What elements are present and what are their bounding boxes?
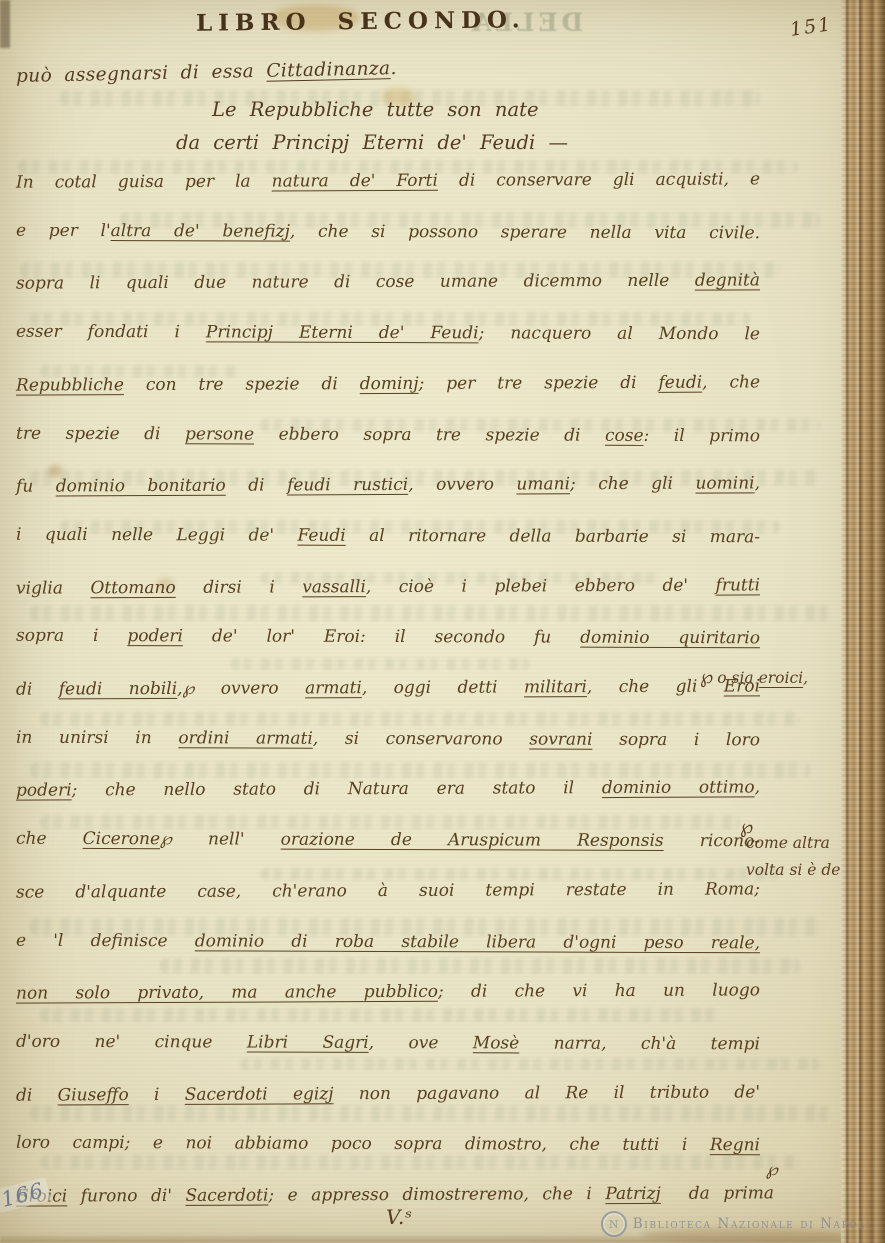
manuscript-line: di Giuseffo i Sacerdoti egizj non pagava… bbox=[16, 1081, 760, 1106]
text-segment: fu bbox=[16, 477, 56, 497]
insertion-mark: ℘ bbox=[700, 666, 713, 688]
text-segment: dominio ottimo bbox=[602, 778, 755, 799]
text-segment: e per l' bbox=[16, 220, 111, 240]
text-segment: : il primo bbox=[644, 425, 761, 445]
text-segment: ordini armati bbox=[178, 728, 313, 748]
text-segment: di bbox=[16, 1085, 58, 1105]
text-segment: Ottomano bbox=[90, 578, 175, 598]
text-segment: in unirsi in bbox=[16, 727, 178, 748]
text-segment: loro campi; e noi abbiamo poco sopra dim… bbox=[16, 1133, 710, 1155]
text-segment: Feudi bbox=[297, 526, 345, 546]
text-segment: uomini bbox=[695, 474, 754, 494]
text-segment: ; che gli bbox=[570, 474, 696, 495]
text-segment: , che si possono sperare nella vita civi… bbox=[290, 221, 760, 243]
text-segment: i bbox=[129, 1084, 185, 1104]
text-segment: , bbox=[755, 778, 760, 798]
text-segment: , ovvero bbox=[408, 475, 516, 495]
text-segment: con tre spezie di bbox=[124, 374, 360, 395]
text-segment: Sacerdoti egizj bbox=[185, 1084, 334, 1105]
text-segment: sopra li quali due nature di cose umane … bbox=[16, 271, 695, 294]
manuscript-line: loro campi; e noi abbiamo poco sopra dim… bbox=[16, 1132, 760, 1157]
text-segment: , bbox=[803, 669, 808, 687]
text-segment: d'oro ne' cinque bbox=[16, 1032, 247, 1053]
text-segment: , che bbox=[702, 372, 760, 392]
manuscript-line: e 'l definisce dominio di roba stabile l… bbox=[16, 929, 760, 954]
manuscript-line: i quali nelle Leggi de' Feudi al ritorna… bbox=[16, 524, 760, 549]
text-segment: Cicerone bbox=[83, 829, 160, 849]
text-segment: cose bbox=[605, 425, 644, 445]
text-segment: di bbox=[226, 476, 287, 496]
text-segment: , oggi detti bbox=[362, 677, 524, 698]
text-segment: militari bbox=[524, 677, 587, 697]
text-segment: da prima bbox=[689, 1183, 774, 1203]
text-segment: , bbox=[755, 474, 760, 494]
manuscript-line: in unirsi in ordini armati, si conservar… bbox=[16, 726, 760, 751]
text-segment: ; nacquero al Mondo le bbox=[479, 323, 760, 344]
text-segment: feudi bbox=[658, 372, 702, 392]
text-segment: dominio bonitario bbox=[56, 476, 226, 497]
manuscript-line: di feudi nobili,℘ ovvero armati, oggi de… bbox=[16, 675, 760, 700]
text-segment: furono di' bbox=[67, 1186, 185, 1207]
text-segment: umani bbox=[516, 474, 570, 494]
manuscript-line: esser fondati i Principj Eterni de' Feud… bbox=[16, 321, 760, 346]
manuscript-line: tre spezie di persone ebbero sopra tre s… bbox=[16, 422, 760, 447]
text-segment: non pagavano al Re il tributo de' bbox=[333, 1082, 760, 1104]
text-segment: poderi bbox=[16, 781, 72, 801]
text-segment: dirsi i bbox=[176, 577, 303, 598]
text-segment: al ritornare della barbarie si mara- bbox=[346, 526, 760, 547]
manuscript-line: Repubbliche con tre spezie di dominj; pe… bbox=[16, 371, 760, 396]
manuscript-line: In cotal guisa per la natura de' Forti d… bbox=[16, 168, 760, 193]
text-segment: viglia bbox=[16, 578, 91, 598]
text-segment: Repubbliche bbox=[16, 375, 124, 395]
text-segment: Patrizj bbox=[605, 1184, 661, 1204]
text-segment: narra, ch'à tempi bbox=[519, 1033, 760, 1054]
manuscript-line: sce d'alquante case, ch'erano à suoi tem… bbox=[16, 878, 760, 903]
manuscript-body: In cotal guisa per la natura de' Forti d… bbox=[0, 0, 885, 1243]
text-segment: o sia bbox=[717, 669, 758, 687]
text-segment: dominj bbox=[360, 374, 419, 394]
text-segment: Mosè bbox=[473, 1033, 520, 1053]
text-segment: tre spezie di bbox=[16, 423, 185, 444]
text-segment: ; che nello stato di Natura era stato il bbox=[72, 778, 602, 800]
text-segment: ; di che vi ha un luogo bbox=[438, 981, 760, 1002]
text-segment: di bbox=[16, 679, 59, 699]
text-segment: poderi bbox=[127, 626, 183, 646]
insertion-mark: ℘ bbox=[740, 814, 753, 841]
text-segment: Regni bbox=[710, 1135, 760, 1155]
text-segment: sopra i bbox=[16, 626, 127, 646]
text-segment: In cotal guisa per la bbox=[16, 172, 272, 193]
text-segment: , si conservarono bbox=[313, 728, 529, 749]
text-segment: ebbero sopra tre spezie di bbox=[254, 424, 605, 445]
text-segment: feudi rustici bbox=[287, 475, 408, 496]
text-segment: come altra bbox=[746, 834, 830, 852]
manuscript-line: sopra li quali due nature di cose umane … bbox=[16, 270, 760, 295]
text-segment: e 'l definisce bbox=[16, 930, 195, 951]
text-segment: esser fondati i bbox=[16, 322, 206, 343]
text-segment: frutti bbox=[715, 575, 760, 595]
manuscript-line: sopra i poderi de' lor' Eroi: il secondo… bbox=[16, 625, 760, 650]
manuscript-line: d'oro ne' cinque Libri Sagri, ove Mosè n… bbox=[16, 1031, 760, 1056]
text-segment: ; per tre spezie di bbox=[419, 373, 659, 394]
insertion-mark: ℘ bbox=[766, 1160, 778, 1180]
text-segment: natura de' Forti bbox=[272, 171, 438, 192]
text-segment: che bbox=[16, 829, 83, 849]
manuscript-page: DELLA LIBRO SECONDO. 151 può assegnarsi … bbox=[0, 0, 885, 1243]
manuscript-line: poderi; che nello stato di Natura era st… bbox=[16, 777, 760, 802]
manuscript-line: fu dominio bonitario di feudi rustici, o… bbox=[16, 473, 760, 498]
text-segment: eroici bbox=[759, 669, 804, 687]
text-segment: non solo privato, ma anche pubblico bbox=[16, 982, 438, 1004]
text-segment: ; e appresso dimostreremo, che i bbox=[268, 1184, 605, 1205]
text-segment: , ove bbox=[369, 1033, 473, 1053]
library-logo-icon: N bbox=[601, 1211, 627, 1237]
text-segment: sopra i loro bbox=[592, 729, 760, 750]
text-segment: degnità bbox=[695, 271, 760, 291]
text-segment: orazione de Aruspicum Responsis bbox=[281, 830, 664, 851]
text-segment: sce d'alquante case, ch'erano à suoi tem… bbox=[16, 879, 760, 902]
text-segment: dominio di roba stabile libera d'ogni pe… bbox=[195, 931, 760, 953]
text-segment: Giuseffo bbox=[58, 1085, 129, 1105]
manuscript-line: viglia Ottomano dirsi i vassalli, cioè i… bbox=[16, 574, 760, 599]
text-segment: Principj Eterni de' Feudi bbox=[206, 322, 479, 343]
text-segment: , cioè i plebei ebbero de' bbox=[366, 575, 716, 597]
manuscript-line: Eroici furono di' Sacerdoti; e appresso … bbox=[16, 1182, 774, 1207]
book-fore-edge bbox=[841, 0, 885, 1243]
library-watermark-text: Biblioteca Nazionale di Napoli bbox=[633, 1216, 871, 1232]
text-segment: armati bbox=[305, 678, 362, 698]
text-segment: Libri Sagri bbox=[247, 1032, 369, 1052]
catchword: V.ˢ bbox=[386, 1205, 413, 1229]
text-segment: di conservare gli acquisti, e bbox=[438, 169, 760, 190]
text-segment: vassalli bbox=[302, 577, 366, 597]
text-segment: persone bbox=[185, 424, 254, 444]
text-segment: i quali nelle Leggi de' bbox=[16, 525, 298, 546]
text-segment: altra de' benefizj bbox=[111, 221, 290, 242]
library-watermark: N Biblioteca Nazionale di Napoli bbox=[601, 1211, 871, 1237]
text-segment: ℘ nell' bbox=[160, 829, 281, 849]
text-segment: ,℘ ovvero bbox=[177, 678, 305, 699]
manuscript-line: che Cicerone℘ nell' orazione de Aruspicu… bbox=[16, 828, 760, 853]
manuscript-line: non solo privato, ma anche pubblico; di … bbox=[16, 980, 760, 1005]
manuscript-line: e per l'altra de' benefizj, che si posso… bbox=[16, 219, 760, 244]
text-segment: sovrani bbox=[529, 729, 592, 749]
text-segment: feudi nobili bbox=[59, 679, 177, 700]
text-segment: dominio quiritario bbox=[580, 628, 760, 649]
text-segment: de' lor' Eroi: il secondo fu bbox=[183, 627, 580, 648]
text-segment: Sacerdoti bbox=[185, 1186, 268, 1206]
